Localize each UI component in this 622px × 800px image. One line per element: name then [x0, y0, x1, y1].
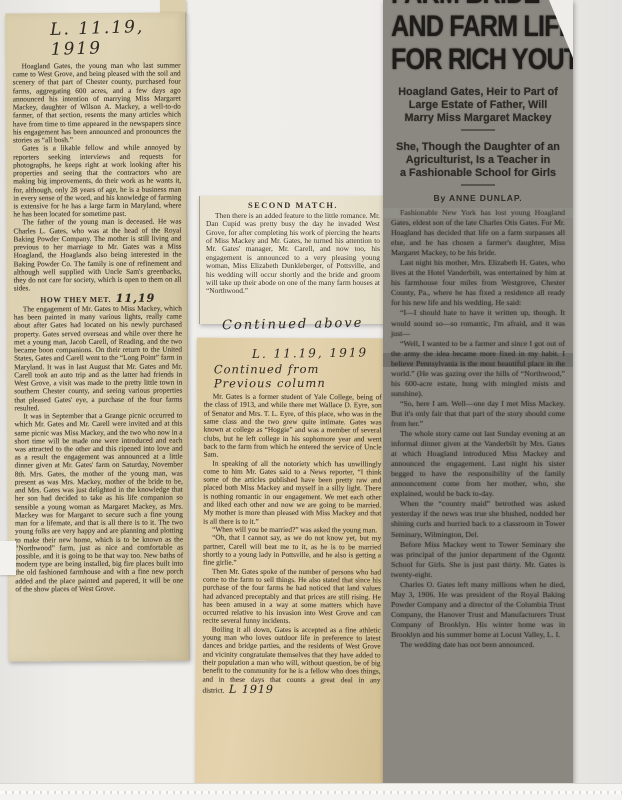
body-paragraph: Then Mr. Gates spoke of the number of pe…	[203, 567, 381, 626]
body-paragraph: “So, here I am. Well—one day I met Miss …	[391, 399, 565, 429]
body-paragraph: Last night his mother, Mrs. Elizabeth H.…	[391, 258, 565, 308]
subhead-line: She, Though the Daughter of an	[391, 141, 565, 154]
clipping-body-text: Mr. Gates is a former student of Yale Co…	[202, 393, 381, 697]
handwritten-continuation-note: Continued from Previous column	[214, 362, 382, 391]
body-paragraph: Charles O. Gates left many millions when…	[391, 580, 565, 640]
photostat-clipping-farm-bride: FARM BRIDE AND FARM LIFE FOR RICH YOUTH …	[383, 0, 573, 792]
handwritten-annotation: L 1919	[225, 683, 274, 696]
body-paragraph: The wedding date has not been announced.	[391, 640, 565, 650]
protector-stitch-holes	[0, 791, 622, 794]
clipping-body-text: Hoagland Gates, the young man who last s…	[13, 62, 184, 594]
body-paragraph: The father of the young man is deceased.…	[13, 218, 181, 293]
body-paragraph: “Well, I wanted to be a farmer and since…	[391, 339, 565, 399]
clipping-body-text: Then there is an added feature to the li…	[206, 212, 380, 296]
scan-artifact-band	[383, 208, 573, 218]
subhead-line: Agriculturist, Is a Teacher in	[391, 154, 565, 167]
body-paragraph: “Oh, that I cannot say, as we do not kno…	[203, 534, 381, 568]
handwritten-date: L. 11.19, 1919	[50, 16, 181, 60]
newspaper-clipping-continuation: L. 11.19, 1919 Continued from Previous c…	[195, 338, 390, 794]
body-paragraph: The engagement of Mr. Gates to Miss Mack…	[14, 305, 183, 413]
body-paragraph: Gates is a likable fellow and while anno…	[13, 144, 181, 219]
subhead-line: a Fashionable School for Girls	[391, 167, 565, 180]
clipping-subhead-2: She, Though the Daughter of an Agricultu…	[391, 141, 565, 186]
body-paragraph: The whole story came out last Sunday eve…	[391, 429, 565, 499]
body-paragraph: “I—I should hate to have it written up, …	[391, 308, 565, 338]
clipping-headline: SECOND MATCH.	[206, 201, 380, 210]
handwritten-date: L. 11.19, 1919	[252, 345, 382, 361]
byline: By ANNE DUNLAP.	[391, 193, 565, 203]
handwritten-annotation: 11,19	[111, 291, 155, 304]
divider-rule	[461, 184, 495, 186]
page-edge-tab	[0, 541, 16, 575]
clipping-body-text: Fashionable New York has lost young Hoag…	[391, 208, 565, 650]
subhead-line: Large Estate of Father, Will	[391, 99, 565, 112]
handwritten-annotation: Continued above	[222, 316, 364, 333]
divider-rule	[461, 129, 495, 131]
scan-artifact-band	[383, 353, 573, 367]
body-paragraph: Then there is an added feature to the li…	[206, 212, 380, 296]
subhead-line: Marry Miss Margaret Mackey	[391, 112, 565, 125]
newspaper-clipping-left: L. 11.19, 1919 Hoagland Gates, the young…	[5, 13, 189, 662]
newspaper-clipping-second-match: SECOND MATCH. Then there is an added fea…	[199, 196, 387, 324]
body-paragraph: In speaking of all the notoriety which h…	[203, 459, 381, 526]
scrapbook-page-scan: L. 11.19, 1919 Hoagland Gates, the young…	[0, 0, 622, 800]
sheet-protector-strip	[0, 783, 622, 800]
body-paragraph: When the “country maid” betrothed was as…	[391, 499, 565, 539]
headline-line: FOR RICH YOUTH	[391, 43, 537, 76]
headline-line: FARM BRIDE	[391, 0, 537, 10]
body-paragraph: Hoagland Gates, the young man who last s…	[13, 62, 181, 145]
clipping-main-headline: FARM BRIDE AND FARM LIFE FOR RICH YOUTH	[391, 0, 565, 76]
body-paragraph: Before Miss Mackey went to Tower Seminar…	[391, 540, 565, 580]
subhead-line: Hoagland Gates, Heir to Part of	[391, 86, 565, 99]
body-paragraph: It was in September that a Grange picnic…	[14, 412, 183, 594]
body-paragraph: Boiling it all down, Gates is accepted a…	[202, 625, 380, 696]
body-paragraph: Mr. Gates is a former student of Yale Co…	[203, 393, 381, 460]
clipping-subhead-1: Hoagland Gates, Heir to Part of Large Es…	[391, 86, 565, 131]
headline-line: AND FARM LIFE	[391, 10, 537, 43]
